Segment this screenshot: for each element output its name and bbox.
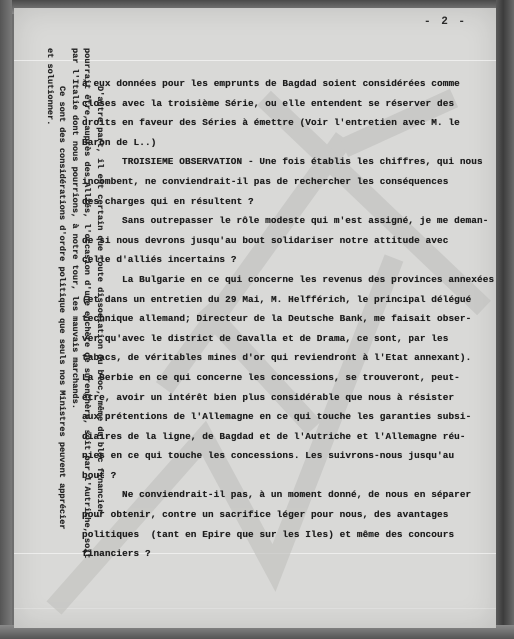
- text-line: à eux données pour les emprunts de Bagda…: [82, 74, 492, 94]
- text-line: aux prétentions de l'Allemagne en ce qui…: [82, 407, 492, 427]
- text-line: Sans outrepasser le rôle modeste qui m'e…: [82, 211, 492, 231]
- text-line: Ne conviendrait-il pas, à un moment donn…: [82, 485, 492, 505]
- text-line: (et dans un entretien du 29 Mai, M. Helf…: [82, 290, 492, 310]
- text-line: ver qu'avec le district de Cavalla et de…: [82, 329, 492, 349]
- margin-note-line: pourrait être, auprès des Alliés, l'occa…: [81, 48, 94, 608]
- text-line: technique allemand; Directeur de la Deut…: [82, 309, 492, 329]
- margin-note-line: par l'Italie dont nous pourrions, à notr…: [69, 48, 82, 608]
- document-page: - 2 - à eux données pour les emprunts de…: [14, 8, 496, 628]
- text-line: Baron de L..): [82, 133, 492, 153]
- margin-note-line: et solutionner.: [44, 48, 57, 608]
- text-line: des charges qui en résultent ?: [82, 192, 492, 212]
- body-text: à eux données pour les emprunts de Bagda…: [82, 74, 492, 564]
- text-line: La Serbie en ce qui concerne les concess…: [82, 368, 492, 388]
- text-line: financiers ?: [82, 544, 492, 564]
- text-line: diaires de la ligne, de Bagdad et de l'A…: [82, 427, 492, 447]
- text-line: La Bulgarie en ce qui concerne les reven…: [82, 270, 492, 290]
- text-line: de si nous devrons jusqu'au bout solidar…: [82, 231, 492, 251]
- scan-border-right: [496, 0, 514, 639]
- scan-border-left: [0, 0, 12, 639]
- text-line: droits en faveur des Séries à émettre (V…: [82, 113, 492, 133]
- text-line: celle d'alliés incertains ?: [82, 250, 492, 270]
- scan-artifact-line: [14, 608, 496, 609]
- text-line: nies en ce qui touche les concessions. L…: [82, 446, 492, 466]
- text-line: être, avoir un intérêt bien plus considé…: [82, 388, 492, 408]
- page-number: - 2 -: [424, 16, 467, 28]
- margin-note-line: Ce sont des considérations d'ordre polit…: [56, 48, 69, 608]
- text-line: tabacs, de véritables mines d'or qui rev…: [82, 348, 492, 368]
- rotated-margin-note: D'autre part, il est certain que toute d…: [44, 48, 107, 608]
- text-line: bout ?: [82, 466, 492, 486]
- text-line: incombent, ne conviendrait-il pas de rec…: [82, 172, 492, 192]
- section-heading-line: TROISIEME OBSERVATION - Une fois établis…: [82, 152, 492, 172]
- margin-note-line: D'autre part, il est certain que toute d…: [94, 48, 107, 608]
- text-line: pour obtenir, contre un sacrifice léger …: [82, 505, 492, 525]
- text-line: closes avec la troisième Série, ou elle …: [82, 94, 492, 114]
- text-line: politiques (tant en Epire que sur les Il…: [82, 525, 492, 545]
